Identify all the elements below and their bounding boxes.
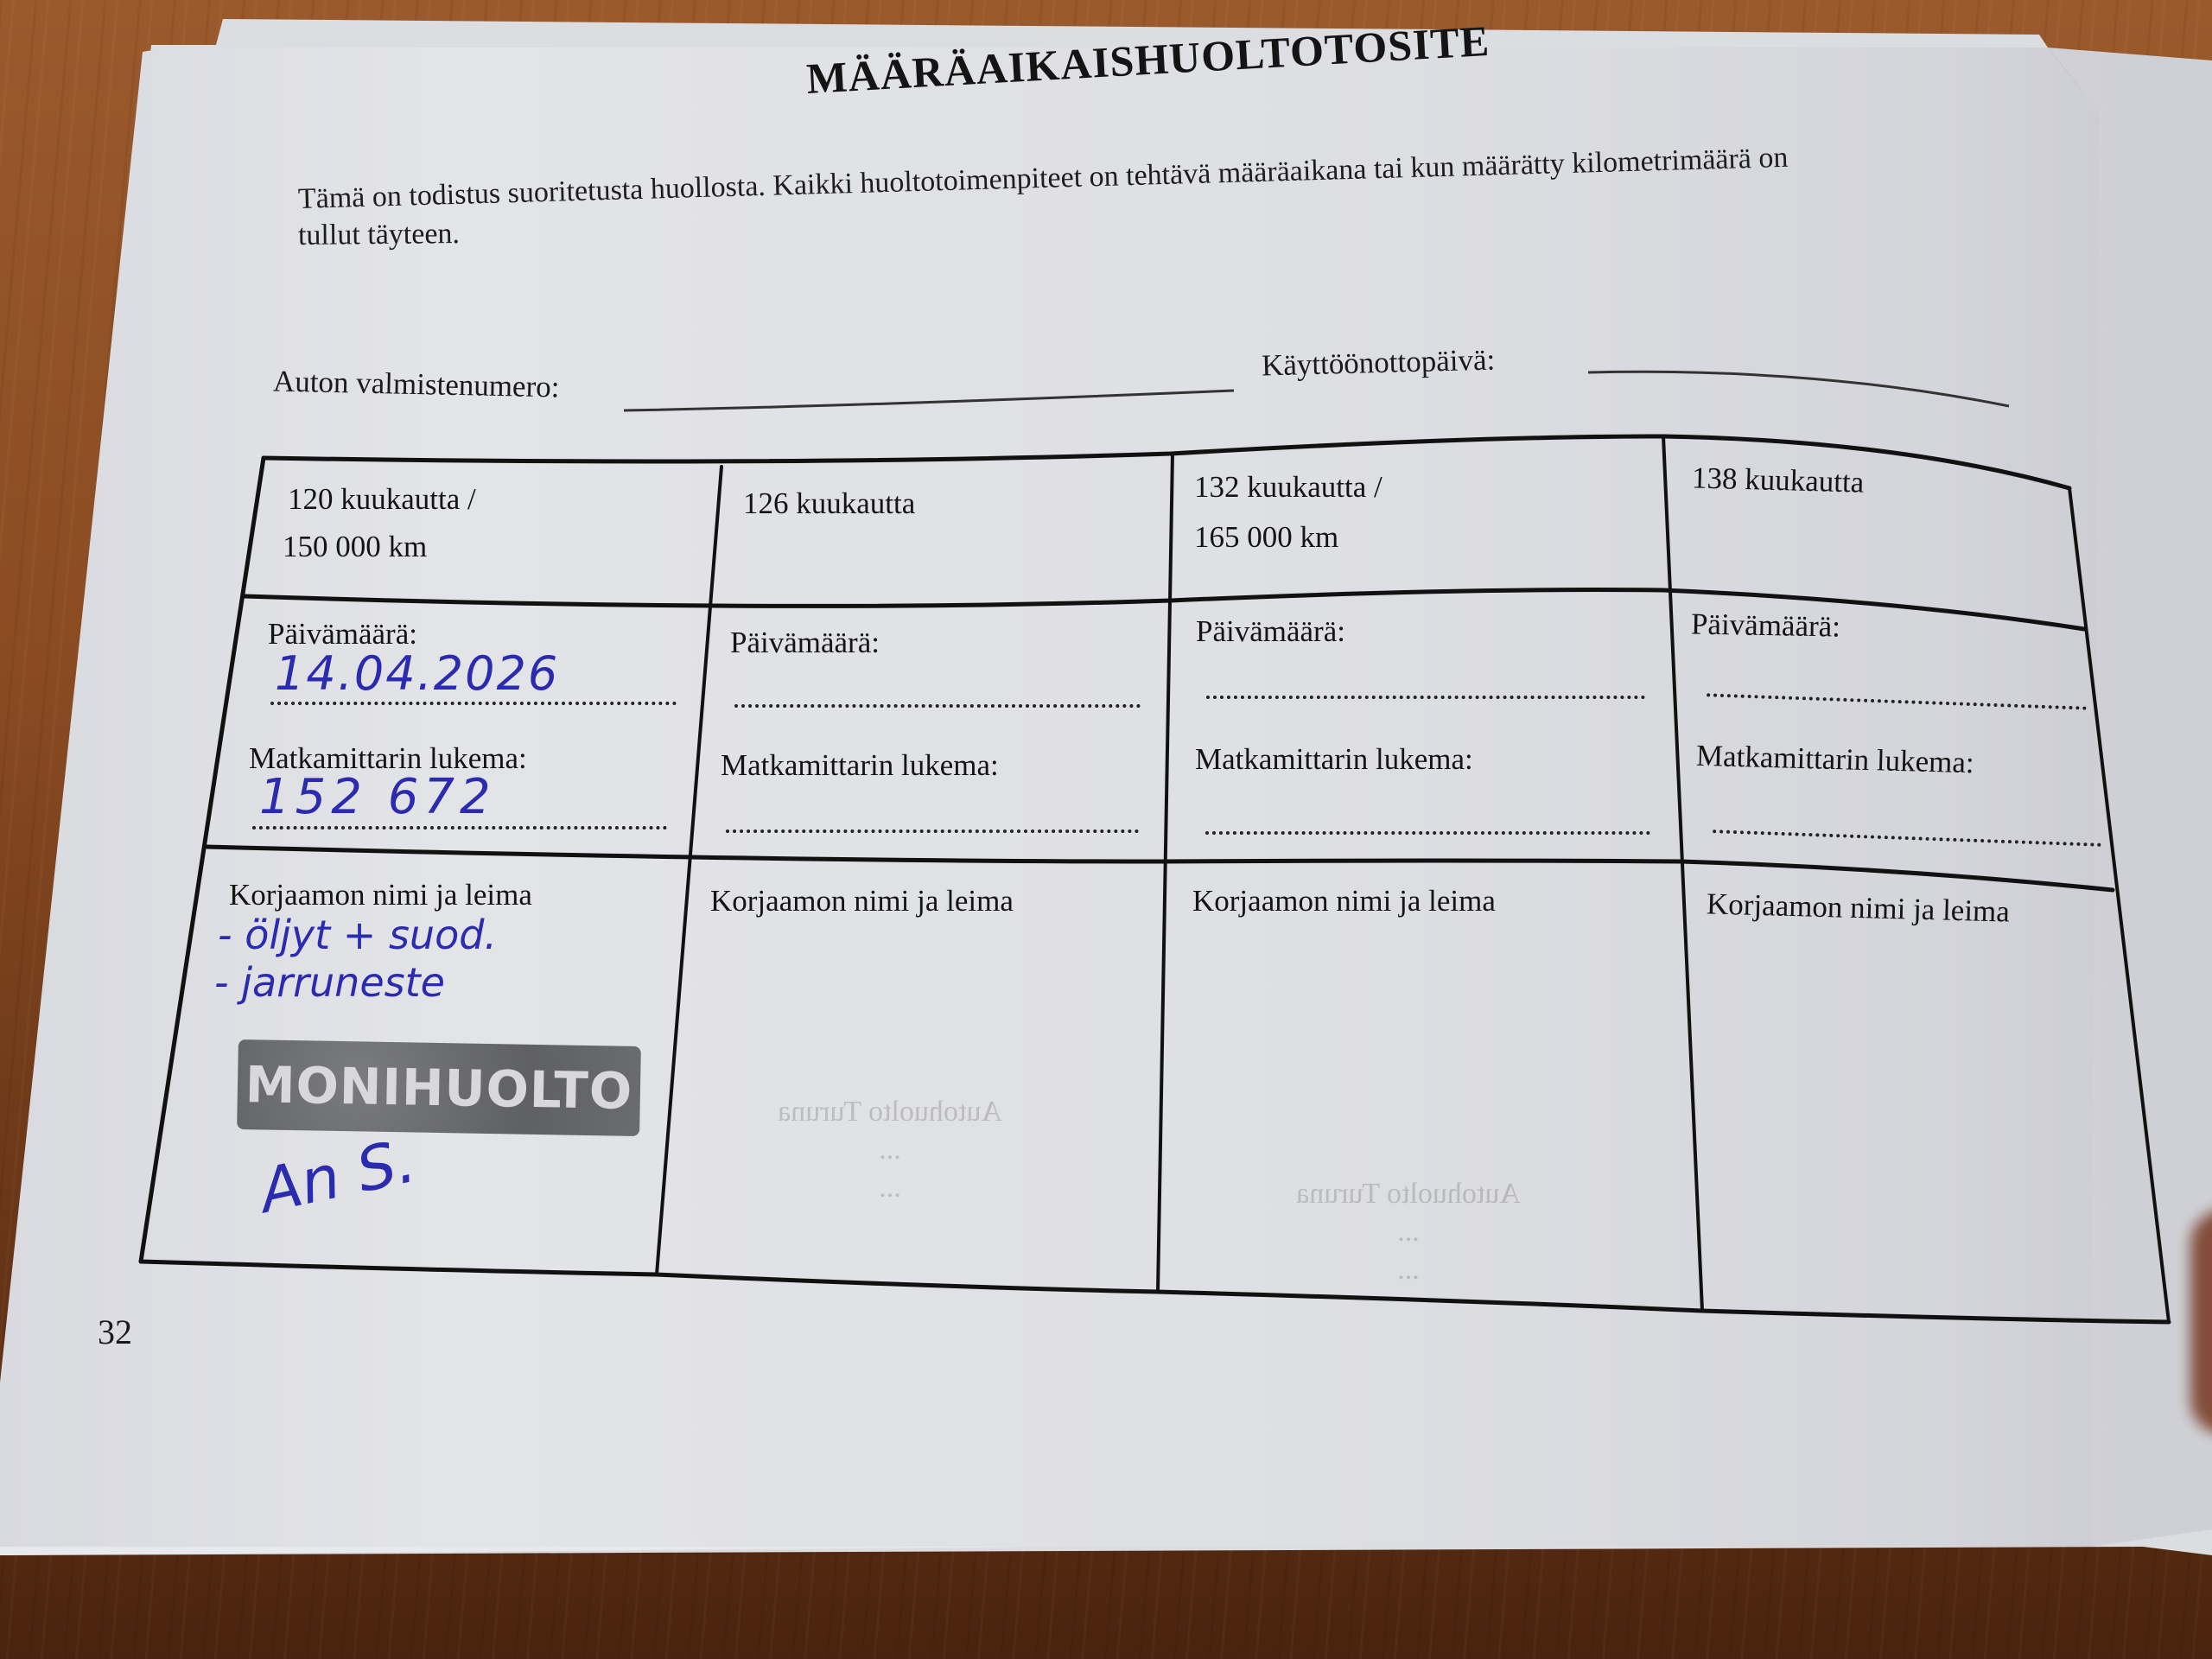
- page-number: 32: [98, 1312, 132, 1352]
- interval-138-line1: 138 kuukautta: [1691, 455, 1865, 505]
- workshop-note-2: - jarruneste: [214, 959, 445, 1006]
- odometer-field-col3[interactable]: [1205, 831, 1650, 835]
- show-through-stamp-col3: Autohuolto Turuna......: [1227, 1175, 1590, 1290]
- workshop-label-col2: Korjaamon nimi ja leima: [710, 879, 1014, 925]
- workshop-label-col3: Korjaamon nimi ja leima: [1192, 879, 1496, 925]
- interval-132-line2: 165 000 km: [1194, 515, 1338, 561]
- date-value-col1[interactable]: 14.04.2026: [275, 646, 559, 701]
- odometer-label-col2: Matkamittarin lukema:: [721, 743, 999, 789]
- date-field-col2[interactable]: [734, 704, 1141, 708]
- workshop-stamp: MONIHUOLTO: [237, 1039, 641, 1136]
- odometer-field-col1[interactable]: [252, 826, 667, 829]
- workshop-label-col4: Korjaamon nimi ja leima: [1706, 881, 2010, 935]
- interval-120-line2: 150 000 km: [283, 524, 427, 570]
- date-field-col1[interactable]: [270, 702, 677, 705]
- date-label-col3: Päivämäärä:: [1196, 609, 1345, 655]
- interval-120-line1: 120 kuukautta /: [288, 477, 476, 523]
- odometer-label-col3: Matkamittarin lukema:: [1195, 737, 1473, 783]
- date-label-col4: Päivämäärä:: [1691, 601, 1841, 650]
- odometer-label-col4: Matkamittarin lukema:: [1695, 734, 1974, 786]
- interval-132-line1: 132 kuukautta /: [1194, 465, 1382, 511]
- stamp-text: MONIHUOLTO: [245, 1055, 632, 1121]
- workshop-note-1: - öljyt + suod.: [218, 912, 497, 958]
- date-label-col2: Päivämäärä:: [730, 620, 880, 666]
- show-through-stamp-col2: Autohuolto Turuna......: [709, 1093, 1071, 1208]
- interval-126-line1: 126 kuukautta: [743, 481, 915, 527]
- date-field-col3[interactable]: [1206, 696, 1645, 699]
- odometer-value-col1[interactable]: 152 672: [259, 769, 496, 825]
- odometer-field-col2[interactable]: [726, 829, 1139, 833]
